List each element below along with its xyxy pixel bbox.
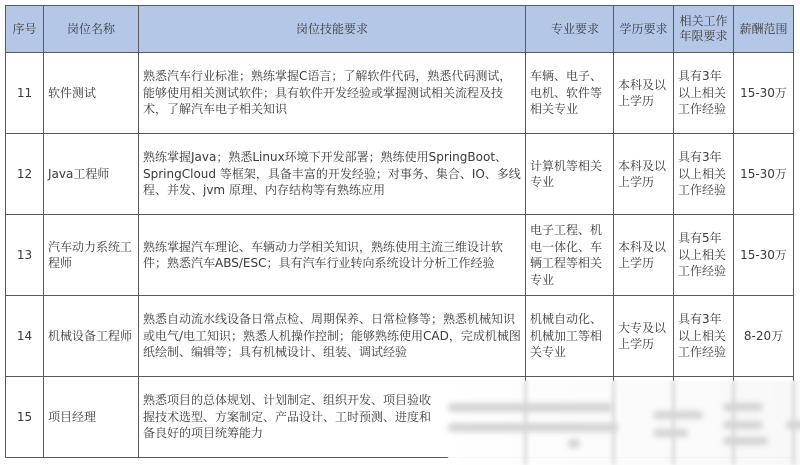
blurred-region	[448, 381, 800, 465]
cell-no: 13	[6, 215, 44, 296]
table-row: 13 汽车动力系统工程师 熟练掌握汽车理论、车辆动力学相关知识，熟练使用主流三维…	[6, 215, 794, 296]
cell-name: 项目经理	[44, 377, 139, 458]
cell-no: 14	[6, 296, 44, 377]
cell-no: 12	[6, 134, 44, 215]
cell-major: 计算机等相关专业	[526, 134, 614, 215]
table-row: 14 机械设备工程师 熟悉自动流水线设备日常点检、周期保养、日常检修等；熟悉机械…	[6, 296, 794, 377]
cell-skills: 熟悉汽车行业标准；熟练掌握C语言；了解软件代码，熟悉代码测试，能够使用相关测试软…	[139, 53, 526, 134]
cell-education: 本科及以上学历	[614, 53, 674, 134]
cell-name: 软件测试	[44, 53, 139, 134]
cell-experience: 具有3年以上相关工作经验	[674, 296, 734, 377]
header-row: 序号 岗位名称 岗位技能要求 专业要求 学历要求 相关工作年限要求 薪酬范围	[6, 6, 794, 53]
header-skills: 岗位技能要求	[139, 6, 526, 53]
cell-major: 车辆、电子、电机、软件等相关专业	[526, 53, 614, 134]
cell-salary: 15-30万	[734, 53, 794, 134]
cell-no: 11	[6, 53, 44, 134]
cell-education: 本科及以上学历	[614, 215, 674, 296]
cell-salary: 15-30万	[734, 215, 794, 296]
header-no: 序号	[6, 6, 44, 53]
cell-skills: 熟悉自动流水线设备日常点检、周期保养、日常检修等；熟悉机械知识或电气/电工知识；…	[139, 296, 526, 377]
cell-experience: 具有5年以上相关工作经验	[674, 215, 734, 296]
cell-name: 机械设备工程师	[44, 296, 139, 377]
cell-experience: 具有3年以上相关工作经验	[674, 134, 734, 215]
cell-skills: 熟练掌握汽车理论、车辆动力学相关知识，熟练使用主流三维设计软件；熟悉汽车ABS/…	[139, 215, 526, 296]
table-row: 11 软件测试 熟悉汽车行业标准；熟练掌握C语言；了解软件代码，熟悉代码测试，能…	[6, 53, 794, 134]
cell-education: 大专及以上学历	[614, 296, 674, 377]
cell-experience: 具有3年以上相关工作经验	[674, 53, 734, 134]
cell-education: 本科及以上学历	[614, 134, 674, 215]
table-row: 12 Java工程师 熟练掌握Java；熟悉Linux环境下开发部署；熟练使用S…	[6, 134, 794, 215]
cell-name: 汽车动力系统工程师	[44, 215, 139, 296]
cell-salary: 15-30万	[734, 134, 794, 215]
header-name: 岗位名称	[44, 6, 139, 53]
header-major: 专业要求	[526, 6, 614, 53]
header-education: 学历要求	[614, 6, 674, 53]
cell-major: 电子工程、机电一体化、车辆工程等相关专业	[526, 215, 614, 296]
cell-major: 机械自动化、机械加工等相关专业	[526, 296, 614, 377]
cell-no: 15	[6, 377, 44, 458]
header-experience: 相关工作年限要求	[674, 6, 734, 53]
header-salary: 薪酬范围	[734, 6, 794, 53]
cell-name: Java工程师	[44, 134, 139, 215]
cell-salary: 8-20万	[734, 296, 794, 377]
cell-skills: 熟练掌握Java；熟悉Linux环境下开发部署；熟练使用SpringBoot、S…	[139, 134, 526, 215]
